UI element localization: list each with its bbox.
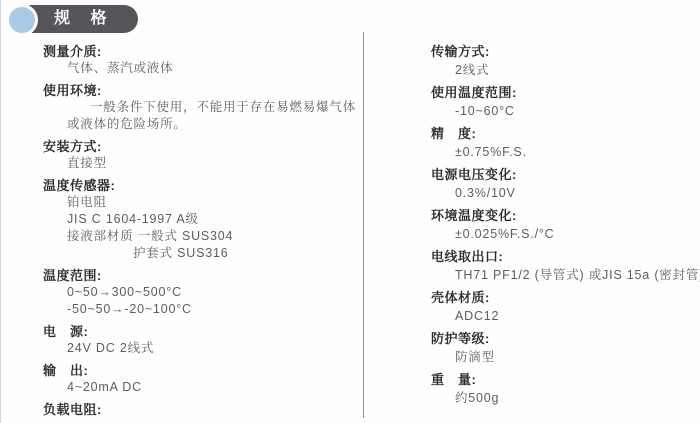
spec-label: 重 量: — [431, 371, 697, 389]
spec-label: 负载电阻: — [43, 401, 359, 418]
section-title: 规 格 — [54, 11, 114, 27]
right-column: 传输方式:2线式使用温度范围:-10~60°C精 度:±0.75%F.S.电源电… — [431, 38, 697, 407]
spec-value: 或液体的危险场所。 — [43, 116, 359, 133]
spec-label: 电源电压变化: — [431, 166, 697, 184]
spec-value: 气体、蒸汽或液体 — [43, 60, 359, 77]
spec-value: 约500g — [431, 389, 697, 407]
page-left-edge-line — [0, 0, 1, 423]
spec-value: 0~50→300~500°C — [43, 284, 359, 301]
spec-value: 24V DC 2线式 — [43, 340, 359, 357]
spec-label: 壳体材质: — [431, 289, 697, 307]
section-header: 规 格 — [0, 0, 200, 42]
spec-label: 温度传感器: — [43, 177, 359, 194]
spec-label: 精 度: — [431, 125, 697, 143]
spec-value: ±0.75%F.S. — [431, 143, 697, 161]
spec-value: 接液部材质 一般式 SUS304 — [43, 228, 359, 245]
spec-value: ADC12 — [431, 307, 697, 325]
spec-label: 温度范围: — [43, 267, 359, 284]
spec-label: 防护等级: — [431, 330, 697, 348]
spec-value: 2线式 — [431, 61, 697, 79]
spec-label: 使用温度范围: — [431, 84, 697, 102]
spec-value: 4~20mA DC — [43, 379, 359, 396]
left-column: 测量介质:气体、蒸汽或液体使用环境:一般条件下使用，不能用于存在易燃易爆气体或液… — [43, 38, 359, 418]
spec-value: 0.3%/10V — [431, 184, 697, 202]
column-divider — [363, 32, 364, 418]
spec-label: 安装方式: — [43, 138, 359, 155]
spec-value: 防滴型 — [431, 348, 697, 366]
spec-value: JIS C 1604-1997 A级 — [43, 211, 359, 228]
spec-value: 铂电阻 — [43, 194, 359, 211]
spec-label: 传输方式: — [431, 43, 697, 61]
section-title-badge: 规 格 — [26, 5, 138, 33]
spec-label: 输 出: — [43, 362, 359, 379]
spec-value: -10~60°C — [431, 102, 697, 120]
spec-label: 测量介质: — [43, 43, 359, 60]
spec-label: 电 源: — [43, 323, 359, 340]
spec-value: 一般条件下使用，不能用于存在易燃易爆气体 — [43, 99, 359, 116]
spec-value: ±0.025%F.S./°C — [431, 225, 697, 243]
spec-value: -50~50→-20~100°C — [43, 301, 359, 318]
spec-value: 护套式 SUS316 — [43, 245, 359, 262]
spec-value: 直接型 — [43, 155, 359, 172]
spec-label: 电线取出口: — [431, 248, 697, 266]
header-bullet-circle-icon — [6, 4, 38, 36]
spec-value: TH71 PF1/2 (导管式) 或JIS 15a (密封管) — [431, 266, 697, 284]
spec-label: 使用环境: — [43, 82, 359, 99]
spec-label: 环境温度变化: — [431, 207, 697, 225]
